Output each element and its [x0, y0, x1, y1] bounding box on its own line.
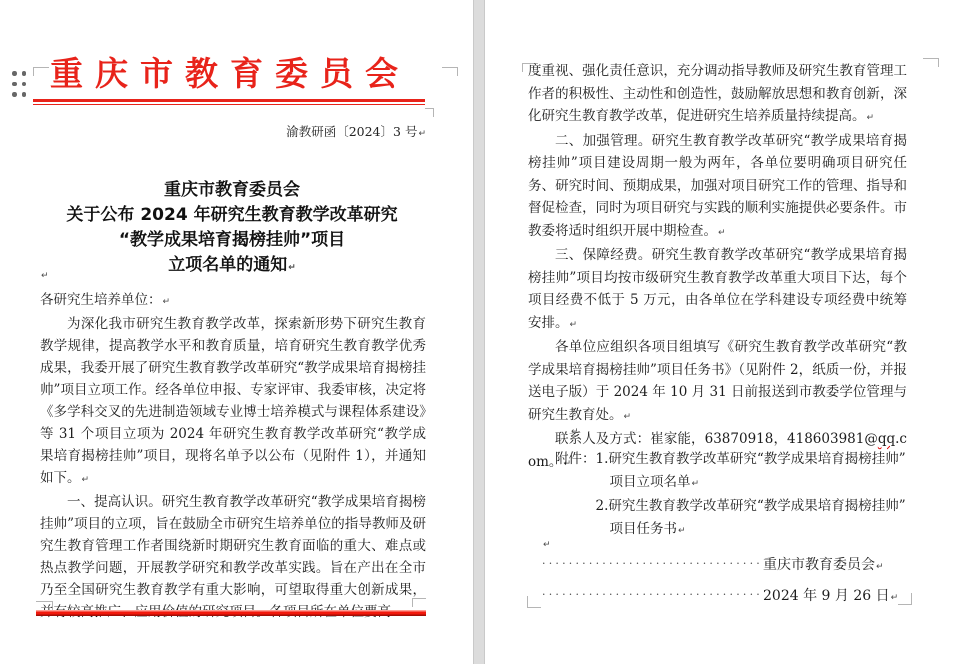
document-view: 重庆市教育委员会 渝教研函〔2024〕3 号↵ 重庆市教育委员会 关于公布 20… — [0, 0, 954, 664]
document-number-text: 渝教研函〔2024〕3 号 — [286, 124, 417, 139]
paragraph-mark-icon: ↵ — [570, 320, 578, 330]
page-1-body: 各研究生培养单位：↵ 为深化我市研究生教育教学改革，探索新形势下研究生教育教学规… — [40, 289, 426, 623]
signature-org-row: ·································重庆市教育委员… — [542, 550, 912, 581]
signature-block: ·································重庆市教育委员… — [542, 550, 912, 612]
attachment-item-continuation: 项目任务书↵ — [596, 518, 908, 543]
attachments-block: 附件： 1.研究生教育教学改革研究“教学成果培育揭榜挂帅” 项目立项名单↵ 2.… — [555, 448, 907, 542]
signature-date-row: ·································2024 年 … — [542, 581, 912, 612]
body-paragraph: 度重视、强化责任意识，充分调动指导教师及研究生教育管理工作者的积极性、主动性和创… — [528, 60, 907, 130]
paragraph-mark-icon: ↵ — [41, 271, 49, 281]
paragraph-mark-icon: ↵ — [876, 562, 884, 572]
paragraph-mark-icon: ↵ — [163, 297, 171, 307]
page-gap-divider — [473, 0, 485, 664]
tab-leader-dots: ································· — [542, 557, 763, 570]
attachments-label: 附件： — [555, 448, 596, 542]
salutation: 各研究生培养单位：↵ — [40, 289, 426, 313]
paragraph-mark-icon: ↵ — [678, 526, 686, 536]
paragraph-mark-icon: ↵ — [624, 412, 632, 422]
letterhead-red-line — [33, 99, 425, 105]
body-paragraph: 二、加强管理。研究生教育教学改革研究“教学成果培育揭榜挂帅”项目建设周期一般为两… — [528, 130, 907, 245]
attachment-item-continuation: 项目立项名单↵ — [596, 471, 908, 496]
page-1: 重庆市教育委员会 渝教研函〔2024〕3 号↵ 重庆市教育委员会 关于公布 20… — [0, 0, 473, 664]
page-2-body: 度重视、强化责任意识，充分调动指导教师及研究生教育管理工作者的积极性、主动性和创… — [528, 60, 907, 475]
text-boundary-mark — [425, 108, 434, 117]
body-paragraph: 各单位应组织各项目组填写《研究生教育教学改革研究“教学成果培育揭榜挂帅”项目任务… — [528, 336, 907, 428]
text-boundary-mark — [527, 596, 541, 608]
body-paragraph: 三、保障经费。研究生教育教学改革研究“教学成果培育揭榜挂帅”项目均按市级研究生教… — [528, 244, 907, 336]
attachment-item: 1.研究生教育教学改革研究“教学成果培育揭榜挂帅” — [596, 448, 908, 471]
drag-handle-icon[interactable] — [12, 71, 26, 97]
paragraph-mark-icon: ↵ — [692, 479, 700, 489]
notice-title-line-4: 立项名单的通知↵ — [38, 253, 426, 281]
document-number: 渝教研函〔2024〕3 号↵ — [38, 122, 426, 140]
paragraph-mark-icon: ↵ — [288, 263, 296, 273]
paragraph-mark-icon: ↵ — [718, 228, 726, 238]
tab-leader-dots: ································· — [542, 588, 763, 601]
text-boundary-mark — [442, 67, 458, 76]
body-paragraph: 一、提高认识。研究生教育教学改革研究“教学成果培育揭榜挂帅”项目的立项，旨在鼓励… — [40, 491, 426, 623]
paragraph-mark-icon: ↵ — [891, 593, 899, 603]
paragraph-mark-icon: ↵ — [867, 113, 875, 123]
attachment-item: 2.研究生教育教学改革研究“教学成果培育揭榜挂帅” — [596, 495, 908, 518]
notice-title-line-1: 重庆市教育委员会 — [38, 178, 426, 203]
notice-title: 重庆市教育委员会 关于公布 2024 年研究生教育教学改革研究 “教学成果培育揭… — [38, 178, 426, 281]
paragraph-mark-icon: ↵ — [82, 475, 90, 485]
notice-title-line-2: 关于公布 2024 年研究生教育教学改革研究 — [38, 203, 426, 228]
letterhead-org-title: 重庆市教育委员会 — [34, 48, 426, 95]
text-boundary-mark — [923, 58, 939, 67]
signature-org: 重庆市教育委员会 — [763, 557, 875, 573]
paragraph-mark-icon: ↵ — [571, 427, 579, 437]
body-paragraph: 为深化我市研究生教育教学改革，探索新形势下研究生教育教学规律，提高教学水平和教育… — [40, 313, 426, 491]
page-2: 度重视、强化责任意识，充分调动指导教师及研究生教育管理工作者的积极性、主动性和创… — [485, 0, 954, 664]
attachments-list: 1.研究生教育教学改革研究“教学成果培育揭榜挂帅” 项目立项名单↵ 2.研究生教… — [596, 448, 908, 542]
spellcheck-flagged-text: qq — [878, 431, 895, 447]
page-bottom-red-line — [36, 610, 426, 616]
paragraph-mark-icon: ↵ — [543, 540, 551, 550]
notice-title-line-3: “教学成果培育揭榜挂帅”项目 — [38, 228, 426, 253]
signature-date: 2024 年 9 月 26 日 — [763, 588, 890, 604]
paragraph-mark-icon: ↵ — [418, 129, 426, 139]
